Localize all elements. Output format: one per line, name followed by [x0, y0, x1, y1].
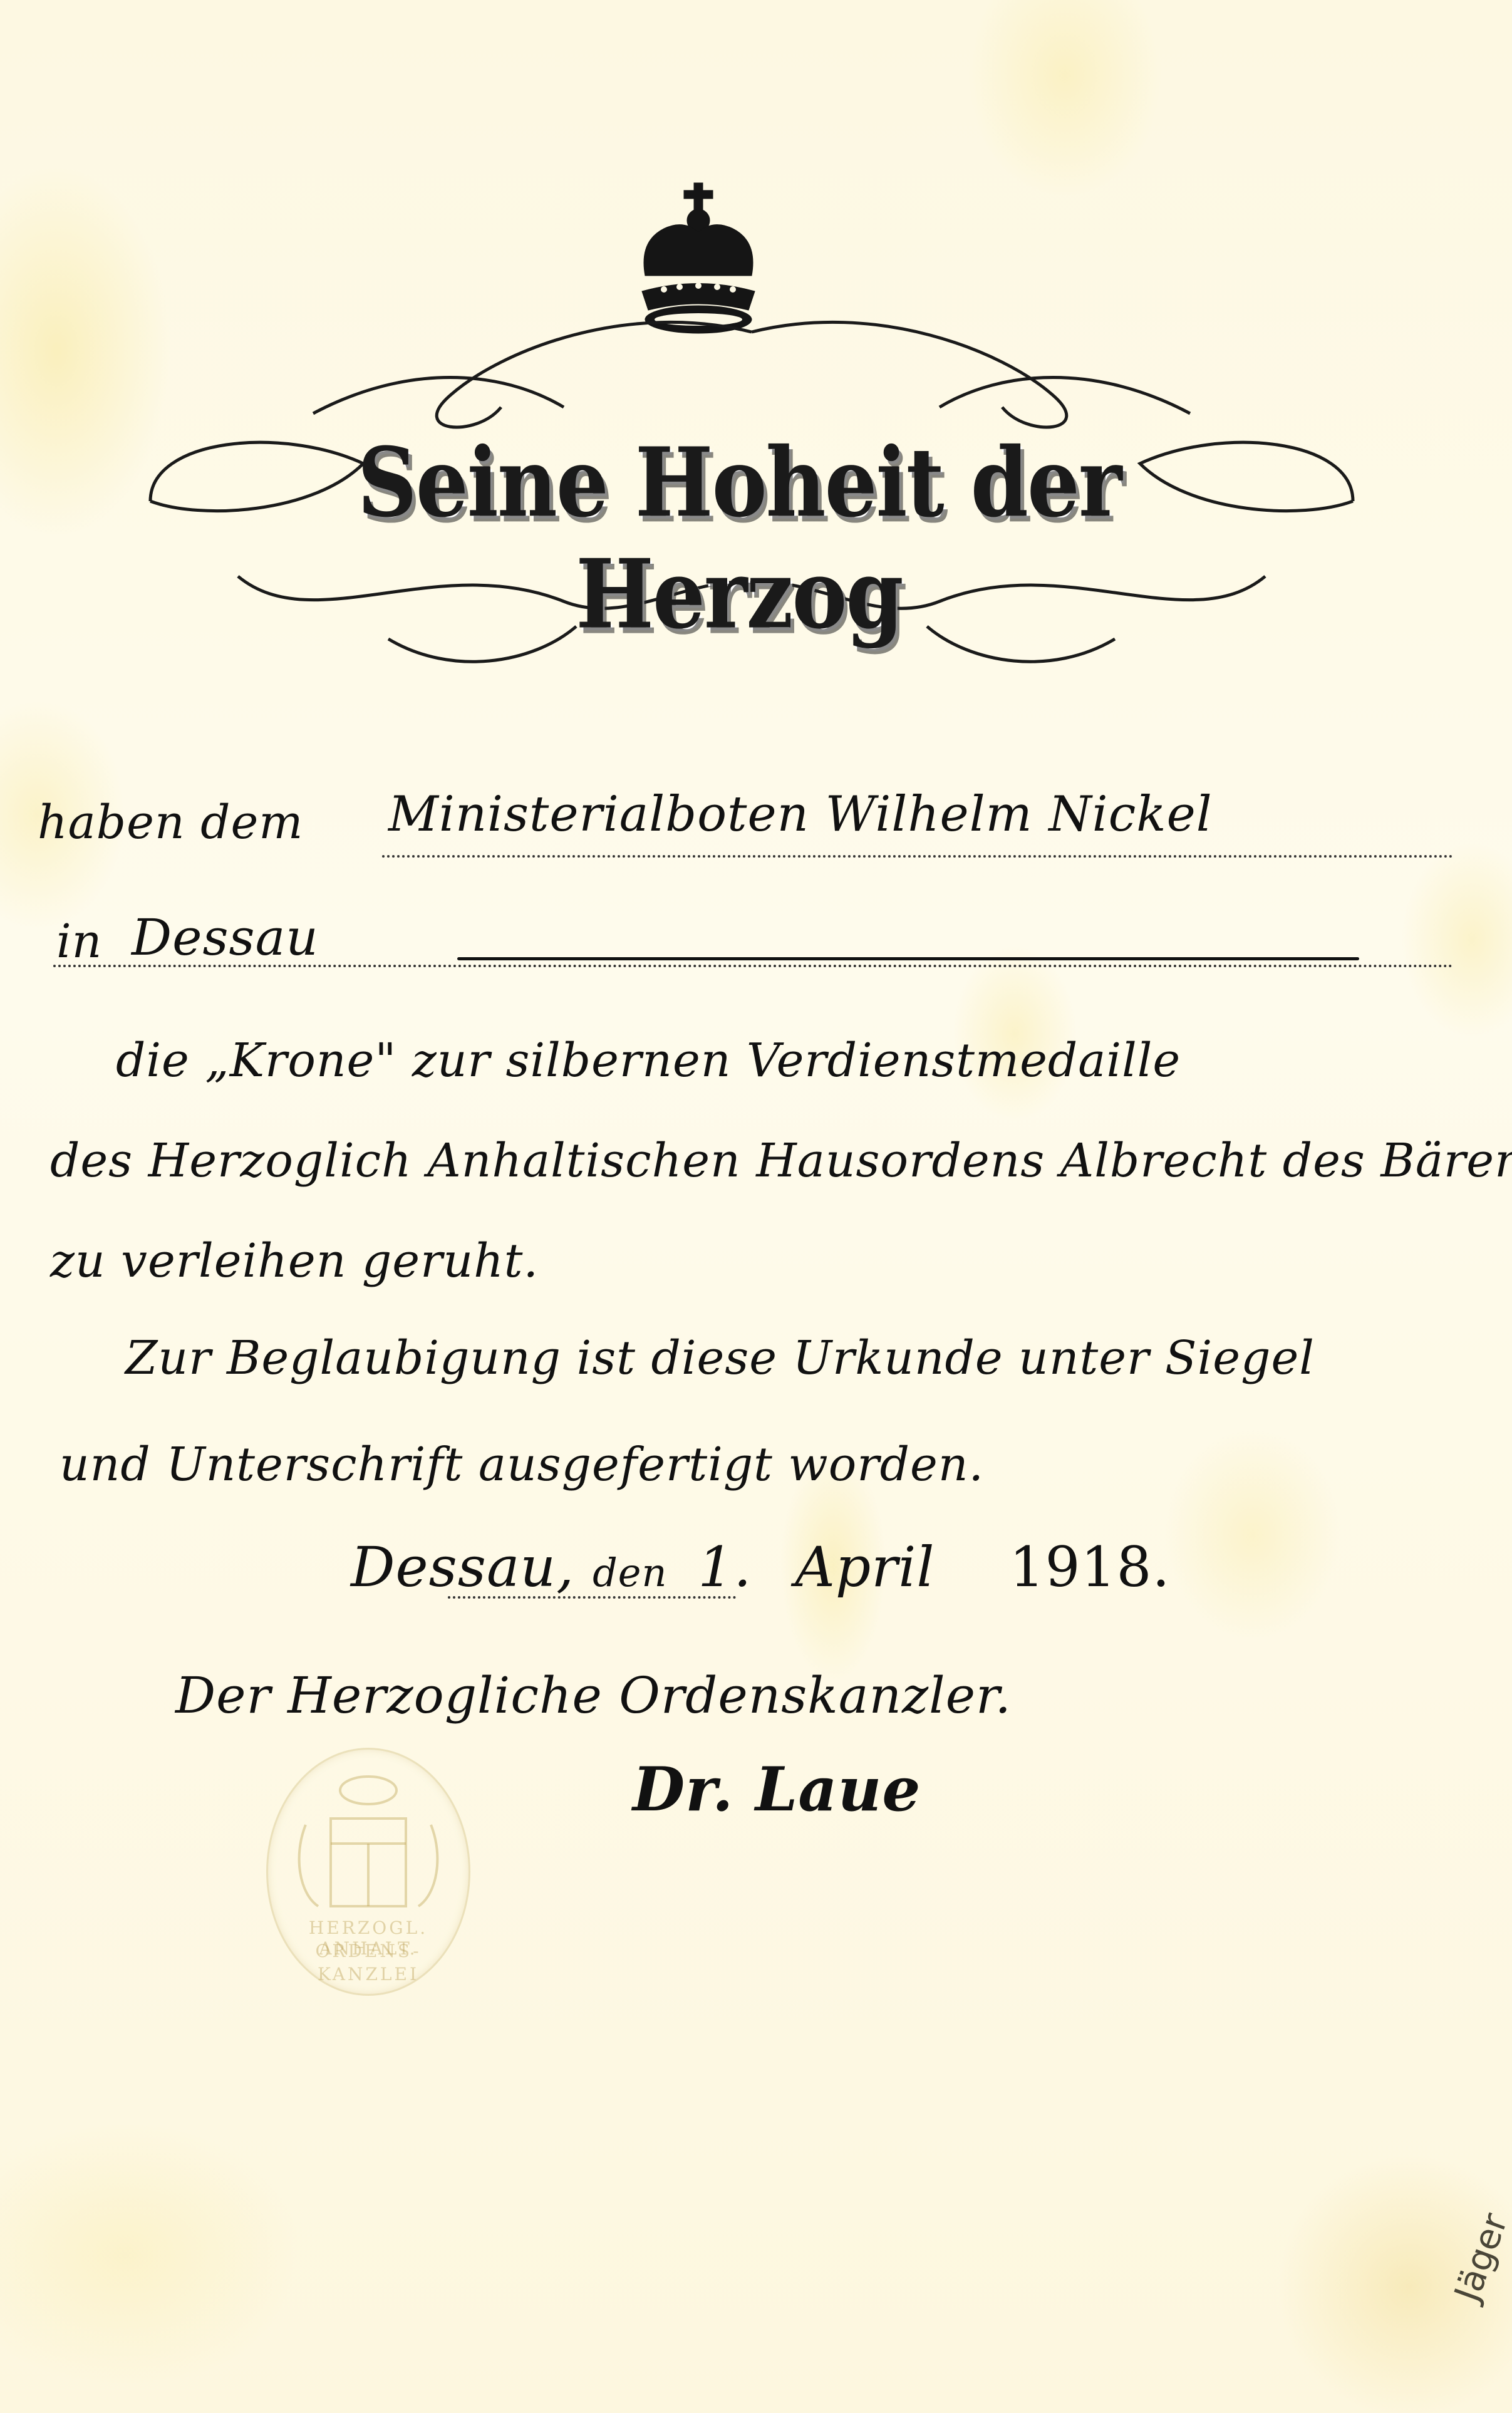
- coat-of-arms-icon: [268, 1768, 469, 1912]
- date-month: April: [795, 1535, 935, 1599]
- date-place: Dessau,: [351, 1535, 574, 1599]
- solid-rule-place: [457, 957, 1359, 960]
- dotted-rule-recipient: [382, 855, 1453, 858]
- dotted-rule-place: [53, 965, 1453, 967]
- document-title: Seine Hoheit der Herzog: [251, 427, 1228, 651]
- date-den: den: [593, 1550, 667, 1596]
- seal-text-line3: KANZLEI: [268, 1964, 469, 1985]
- text-line-order: des Herzoglich Anhaltischen Hausordens A…: [50, 1134, 1512, 1188]
- embossed-seal: HERZOGL. ANHALT. ORDENS- KANZLEI: [266, 1748, 470, 1996]
- recipient-name: Ministerialboten Wilhelm Nickel: [388, 786, 1213, 843]
- text-line-award: die „Krone" zur silbernen Verdienstmedai…: [116, 1034, 1181, 1087]
- dateline: Dessau, den 1. April 1918.: [351, 1535, 1170, 1599]
- seal-text-line2: ORDENS-: [268, 1941, 469, 1961]
- text-line-haben-dem: haben dem: [38, 796, 303, 849]
- recipient-place: Dessau: [132, 908, 319, 967]
- signature: Dr. Laue: [633, 1754, 921, 1825]
- text-line-in: in: [56, 915, 102, 968]
- signatory-office: Der Herzogliche Ordenskanzler.: [175, 1666, 1012, 1725]
- line-prefix: haben dem: [38, 796, 303, 849]
- dotted-rule-date: [448, 1596, 736, 1599]
- date-day: 1.: [698, 1535, 752, 1599]
- text-line-executed: und Unterschrift ausgefertigt worden.: [60, 1438, 984, 1492]
- text-line-attestation: Zur Beglaubigung ist diese Urkunde unter…: [125, 1331, 1315, 1385]
- date-year: 1918.: [1010, 1535, 1171, 1599]
- text-line-conferred: zu verleihen geruht.: [50, 1234, 539, 1288]
